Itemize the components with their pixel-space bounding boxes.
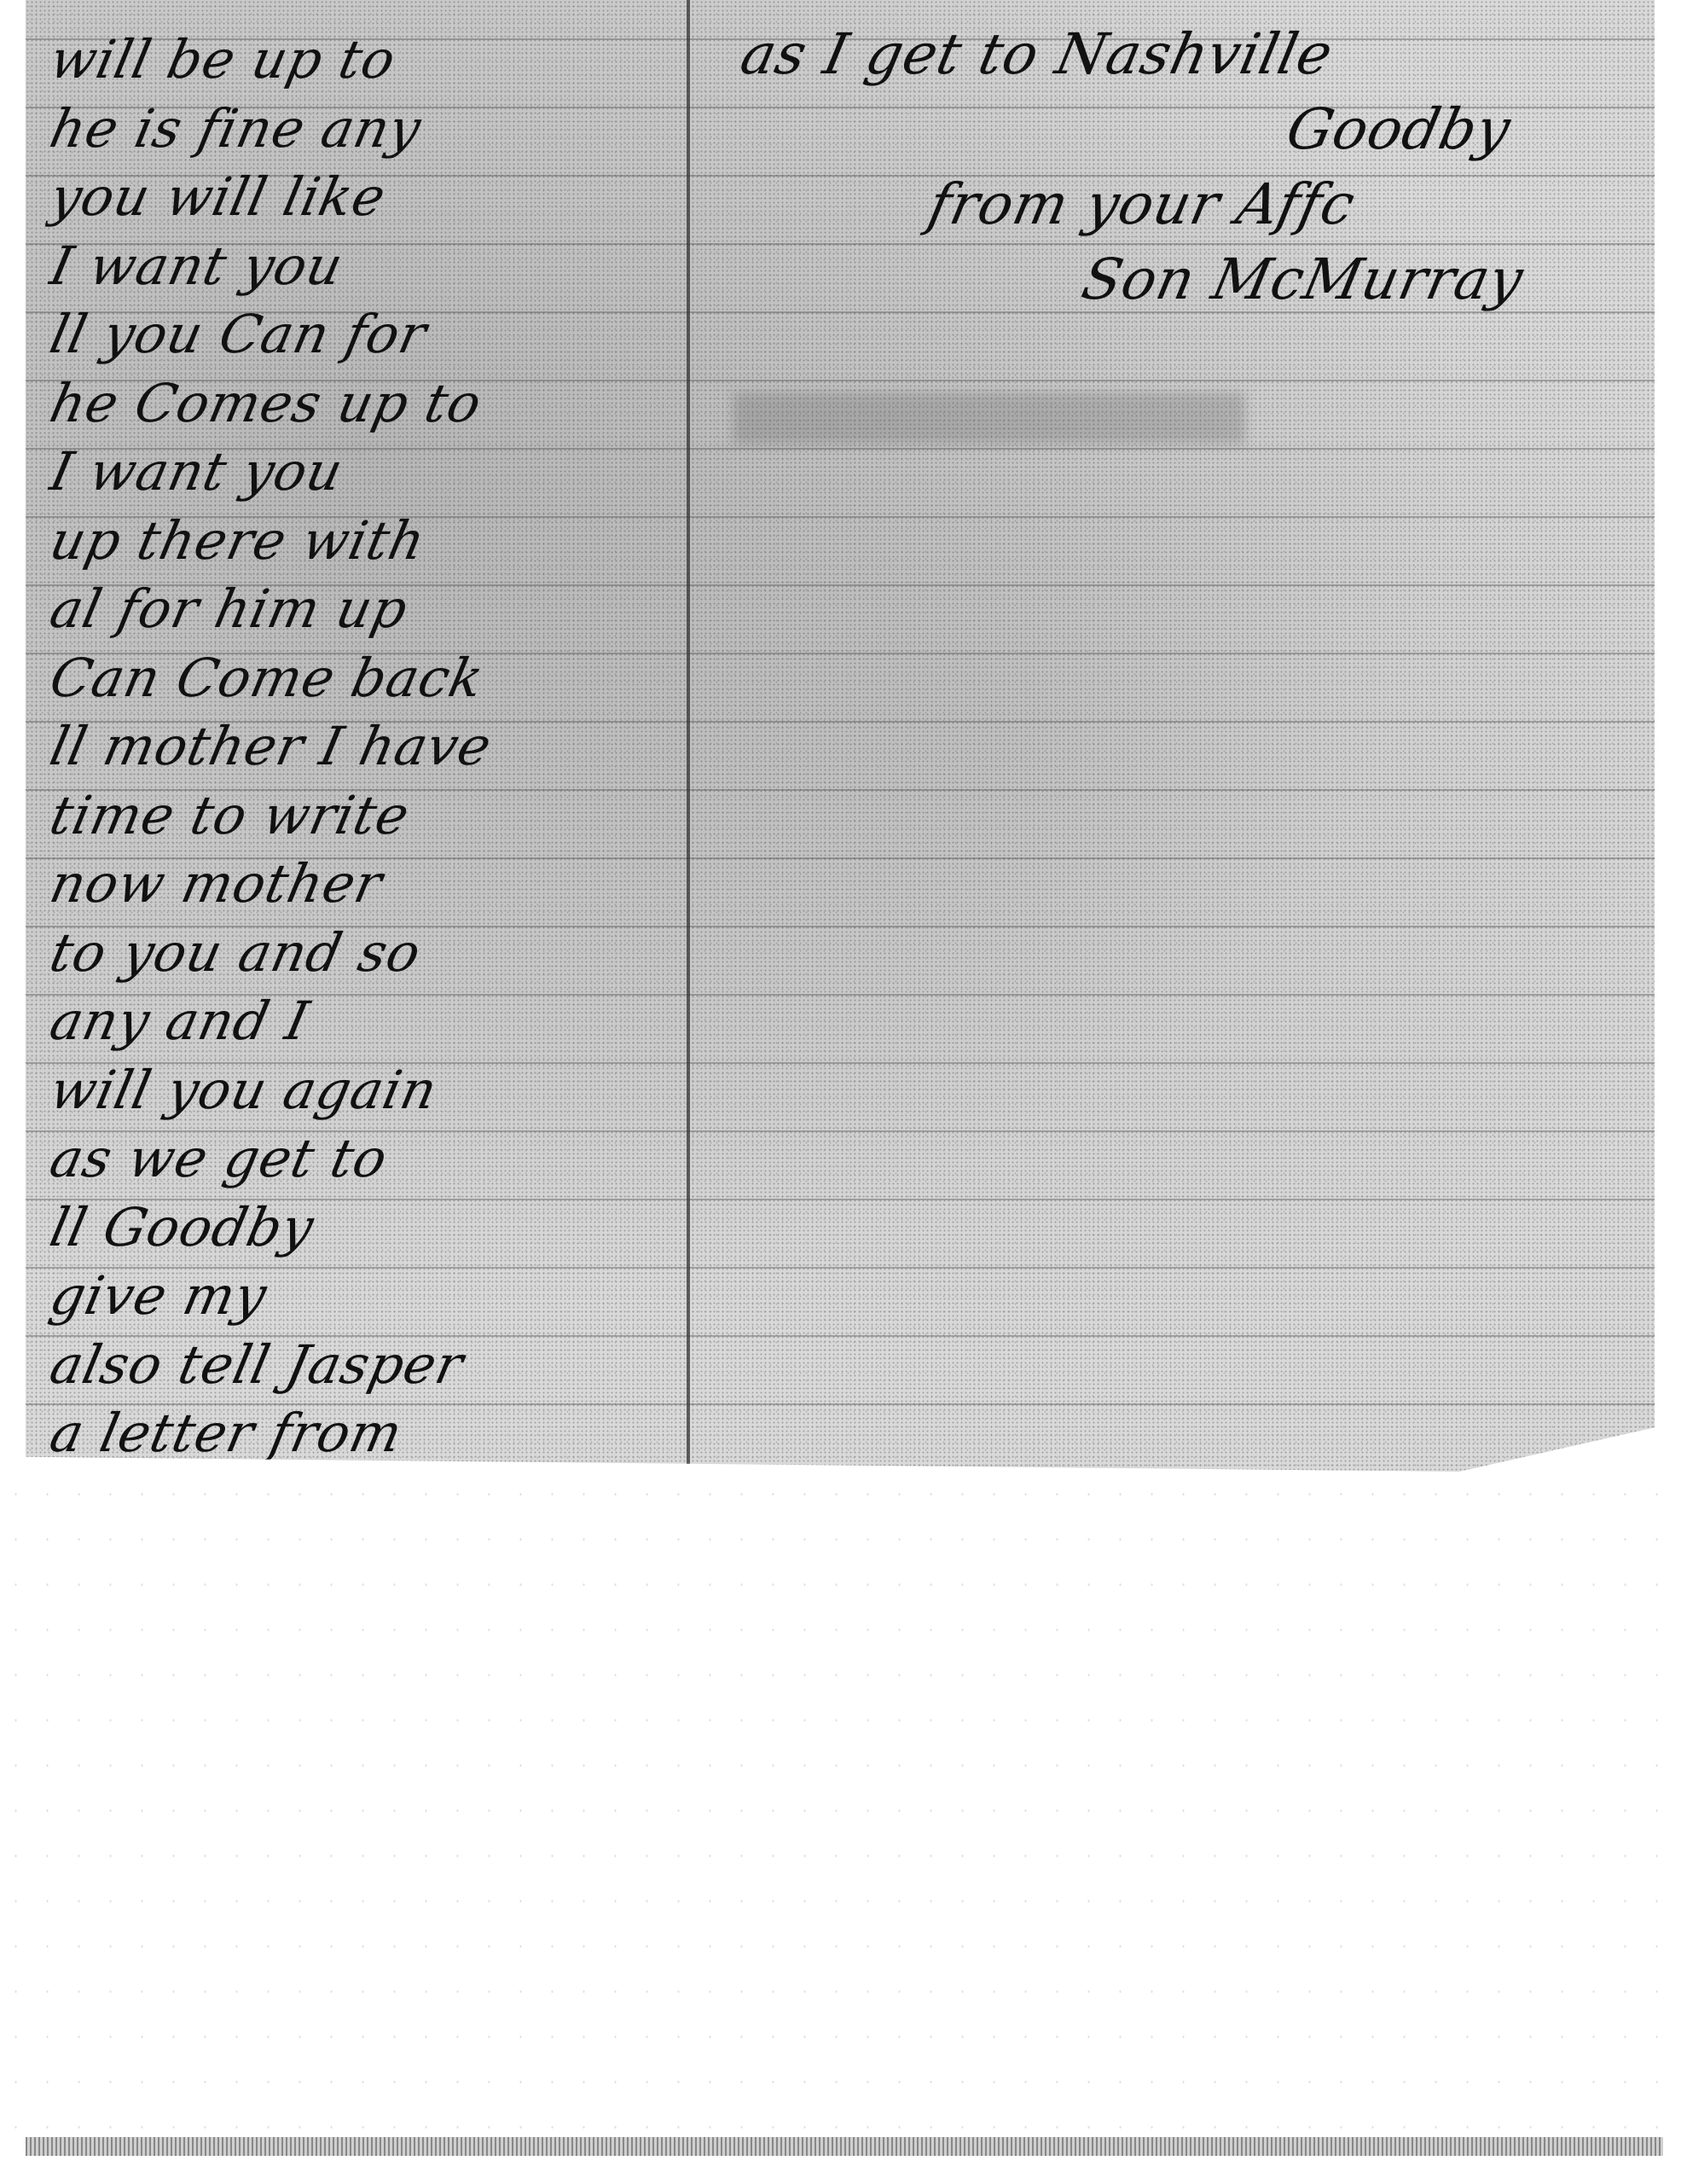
- handwritten-line: to you and so: [43, 919, 698, 988]
- smudge: [733, 392, 1245, 444]
- handwritten-line: you will like: [43, 163, 698, 232]
- handwritten-line: give my: [43, 1262, 698, 1331]
- handwritten-line: ll Goodby: [43, 1194, 698, 1263]
- handwritten-line: time to write: [43, 781, 698, 851]
- handwritten-line: will be up to: [43, 26, 698, 95]
- handwritten-line: he Comes up to: [43, 369, 698, 439]
- letter-page: will be up to he is fine any you will li…: [26, 0, 1655, 1472]
- closing-salutation: from your Affc: [700, 167, 1680, 242]
- handwritten-line: ll mother I have: [43, 712, 698, 781]
- scan-edge-strip: [26, 2137, 1663, 2156]
- handwritten-line: also tell Jasper: [43, 1331, 698, 1400]
- handwritten-line: he is fine any: [43, 95, 698, 164]
- left-column-text: will be up to he is fine any you will li…: [51, 26, 691, 1536]
- handwritten-line: as we get to: [43, 1124, 698, 1194]
- handwritten-line: up there with: [43, 507, 698, 576]
- handwritten-line: as I get to Nashville: [700, 17, 1680, 92]
- closing-goodby: Goodby: [700, 92, 1680, 167]
- scan-dust: [0, 1472, 1687, 2137]
- handwritten-line: any and I: [43, 987, 698, 1056]
- handwritten-line: Can Come back: [43, 644, 698, 713]
- signature: Son McMurray: [700, 242, 1680, 317]
- handwritten-line: I want you: [43, 232, 698, 301]
- handwritten-line: ll you Can for: [43, 300, 698, 369]
- handwritten-line: now mother: [43, 850, 698, 919]
- handwritten-line: a letter from: [43, 1399, 698, 1468]
- handwritten-line: al for him up: [43, 575, 698, 644]
- handwritten-line: I want you: [43, 438, 698, 507]
- right-column-text: as I get to Nashville Goodby from your A…: [708, 17, 1672, 317]
- handwritten-line: will you again: [43, 1056, 698, 1125]
